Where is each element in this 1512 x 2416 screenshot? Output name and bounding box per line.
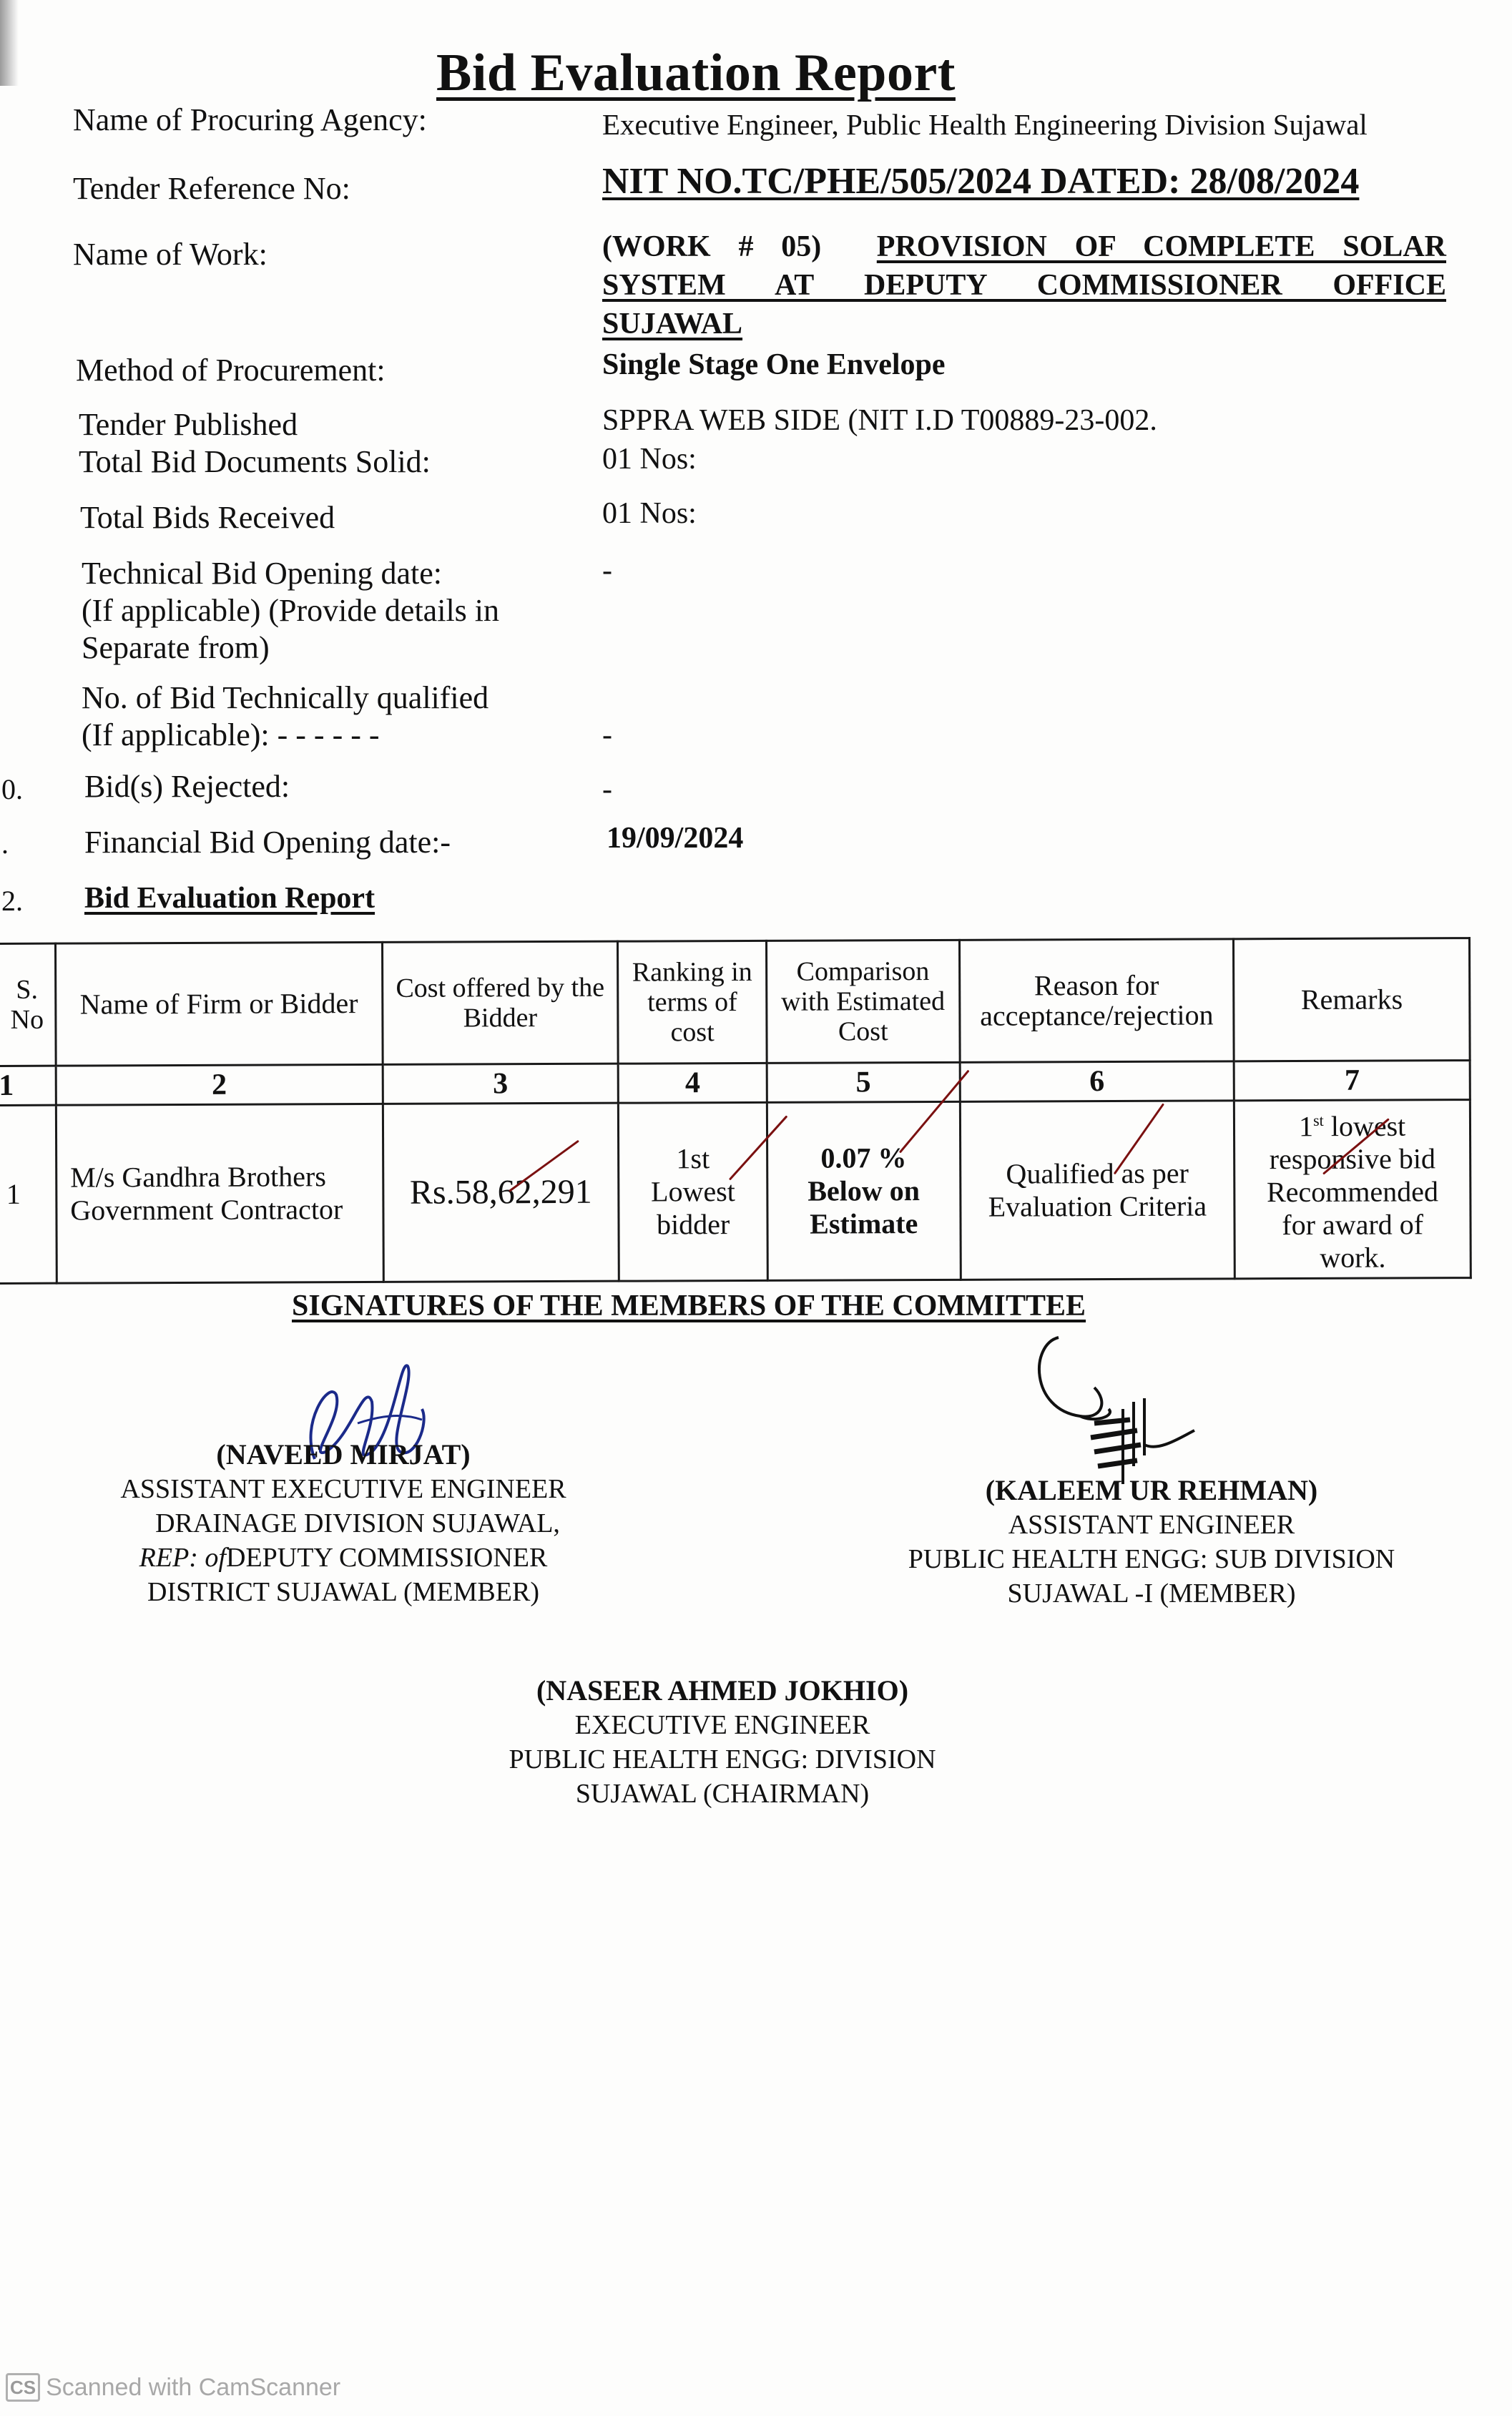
field-label-financial-opening: Financial Bid Opening date:- (84, 824, 451, 861)
col-header-comparison: Comparison with Estimated Cost (766, 940, 959, 1063)
bid-evaluation-table: S. No Name of Firm or Bidder Cost offere… (0, 937, 1472, 1285)
remarks-line: for award of (1240, 1208, 1466, 1242)
col-number: 6 (960, 1061, 1234, 1101)
technically-qualified-line-2: (If applicable): - - - - - - (82, 717, 489, 754)
camscanner-logo-icon: CS (6, 2373, 40, 2402)
col-header-reason: Reason for acceptance/rejection (959, 939, 1234, 1062)
col-number: 1 (0, 1066, 56, 1105)
signature-block-member-2: (KALEEM UR REHMAN) ASSISTANT ENGINEER PU… (873, 1473, 1430, 1611)
cell-remarks: 1st lowest responsive bid Recommended fo… (1234, 1100, 1471, 1280)
field-value-bids-received: 01 Nos: (602, 495, 697, 532)
field-value-technical-opening: - (602, 552, 612, 589)
reason-line: Evaluation Criteria (966, 1190, 1229, 1224)
ranking-line: 1st (624, 1142, 762, 1176)
member-name: (NASEER AHMED JOKHIO) (458, 1674, 987, 1708)
member-representation: REP: ofDEPUTY COMMISSIONER (114, 1541, 572, 1575)
cell-ranking: 1st Lowest bidder (619, 1102, 768, 1281)
watermark-text: Scanned with CamScanner (46, 2374, 340, 2402)
work-title-line-2: SYSTEM AT DEPUTY COMMISSIONER OFFICE (602, 266, 1446, 305)
table-row: 1 M/s Gandhra Brothers Government Contra… (0, 1100, 1471, 1284)
col-header-ranking: Ranking in terms of cost (618, 941, 767, 1064)
comparison-line: Estimate (772, 1207, 955, 1241)
technically-qualified-line-1: No. of Bid Technically qualified (82, 679, 489, 717)
remarks-line: Recommended (1240, 1175, 1466, 1209)
member-designation: ASSISTANT EXECUTIVE ENGINEER (114, 1472, 572, 1506)
member-office: PUBLIC HEALTH ENGG: DIVISION (458, 1742, 987, 1777)
field-value-tender-reference: NIT NO.TC/PHE/505/2024 DATED: 28/08/2024 (602, 163, 1359, 200)
camscanner-watermark: CS Scanned with CamScanner (6, 2373, 340, 2402)
table-header-row: S. No Name of Firm or Bidder Cost offere… (0, 938, 1470, 1066)
field-value-financial-opening: 19/09/2024 (607, 820, 743, 857)
col-header-sno: S. No (0, 943, 56, 1066)
margin-number: 2. (1, 884, 23, 918)
col-header-bidder: Name of Firm or Bidder (55, 942, 382, 1066)
field-label-bids-received: Total Bids Received (80, 499, 335, 536)
work-title-line-3: SUJAWAL (602, 308, 742, 340)
field-value-method: Single Stage One Envelope (602, 346, 946, 383)
member-role: SUJAWAL -I (MEMBER) (873, 1576, 1430, 1611)
field-label-tender-published: Tender Published (79, 406, 298, 443)
signatures-heading: SIGNATURES OF THE MEMBERS OF THE COMMITT… (292, 1289, 1086, 1323)
technical-opening-line-2: (If applicable) (Provide details in (82, 592, 499, 629)
member-name: (KALEEM UR REHMAN) (873, 1473, 1430, 1508)
bidder-name: M/s Gandhra Brothers (70, 1160, 378, 1194)
col-number: 5 (767, 1062, 960, 1102)
remarks-line: 1st lowest (1239, 1104, 1465, 1144)
field-label-technical-opening: Technical Bid Opening date: (If applicab… (82, 555, 499, 667)
page-title: Bid Evaluation Report (436, 43, 956, 104)
cell-sno: 1 (0, 1105, 57, 1284)
member-role: SUJAWAL (CHAIRMAN) (458, 1777, 987, 1811)
col-number: 7 (1234, 1061, 1471, 1101)
rep-line: DEPUTY COMMISSIONER (226, 1543, 547, 1573)
field-value-procuring-agency: Executive Engineer, Public Health Engine… (602, 106, 1368, 143)
comparison-line: Below on (772, 1174, 955, 1208)
margin-number: . (1, 827, 9, 860)
field-value-bid-documents-sold: 01 Nos: (602, 441, 697, 478)
member-designation: ASSISTANT ENGINEER (873, 1508, 1430, 1542)
signature-block-member-1: (NAVEED MIRJAT) ASSISTANT EXECUTIVE ENGI… (114, 1438, 572, 1609)
signature-kaleem-ur-rehman (1016, 1330, 1202, 1488)
work-number: (WORK # 05) (602, 230, 821, 263)
comparison-line: 0.07 % (772, 1141, 955, 1175)
member-role: DISTRICT SUJAWAL (MEMBER) (114, 1575, 572, 1609)
work-title-line-1: PROVISION OF COMPLETE SOLAR (877, 230, 1446, 263)
reason-line: Qualified as per (966, 1157, 1229, 1191)
member-name: (NAVEED MIRJAT) (114, 1438, 572, 1472)
field-label-bid-documents-sold: Total Bid Documents Solid: (79, 443, 431, 481)
margin-number: 0. (1, 772, 23, 806)
field-label-tender-reference: Tender Reference No: (73, 170, 350, 207)
ranking-line: Lowest (624, 1175, 762, 1209)
field-value-tender-published: SPPRA WEB SIDE (NIT I.D T00889-23-002. (602, 402, 1157, 439)
field-value-name-of-work: (WORK # 05) PROVISION OF COMPLETE SOLAR … (602, 227, 1446, 343)
member-office: PUBLIC HEALTH ENGG: SUB DIVISION (873, 1542, 1430, 1576)
cell-bidder: M/s Gandhra Brothers Government Contract… (56, 1104, 383, 1283)
field-label-procuring-agency: Name of Procuring Agency: (73, 102, 427, 139)
field-value-bids-rejected: - (602, 771, 612, 808)
col-number: 3 (383, 1064, 619, 1104)
col-header-cost: Cost offered by the Bidder (382, 941, 618, 1064)
member-designation: EXECUTIVE ENGINEER (458, 1708, 987, 1742)
remarks-line: work. (1240, 1241, 1466, 1275)
field-label-bids-rejected: Bid(s) Rejected: (84, 768, 290, 805)
section-heading: Bid Evaluation Report (84, 880, 375, 917)
technical-opening-line-3: Separate from) (82, 629, 499, 667)
col-number: 4 (618, 1063, 767, 1103)
cell-comparison: 0.07 % Below on Estimate (767, 1101, 961, 1280)
signature-block-chairman: (NASEER AHMED JOKHIO) EXECUTIVE ENGINEER… (458, 1674, 987, 1811)
bidder-type: Government Contractor (70, 1193, 378, 1227)
field-value-technically-qualified: - (602, 717, 612, 754)
col-number: 2 (56, 1064, 383, 1105)
technical-opening-line-1: Technical Bid Opening date: (82, 555, 499, 592)
col-header-remarks: Remarks (1234, 938, 1470, 1061)
field-label-name-of-work: Name of Work: (73, 236, 267, 273)
cell-reason: Qualified as per Evaluation Criteria (960, 1101, 1235, 1280)
member-office: DRAINAGE DIVISION SUJAWAL, (114, 1506, 572, 1541)
ranking-line: bidder (624, 1208, 762, 1242)
scan-edge-shadow (0, 0, 19, 86)
remarks-ordinal: 1 (1299, 1110, 1313, 1142)
cell-cost: Rs.58,62,291 (383, 1103, 619, 1282)
field-label-technically-qualified: No. of Bid Technically qualified (If app… (82, 679, 489, 754)
field-label-method: Method of Procurement: (76, 352, 386, 389)
column-number-row: 1 2 3 4 5 6 7 (0, 1061, 1470, 1106)
rep-prefix: REP: of (139, 1543, 226, 1573)
remarks-ordinal-suffix: st (1313, 1111, 1324, 1129)
